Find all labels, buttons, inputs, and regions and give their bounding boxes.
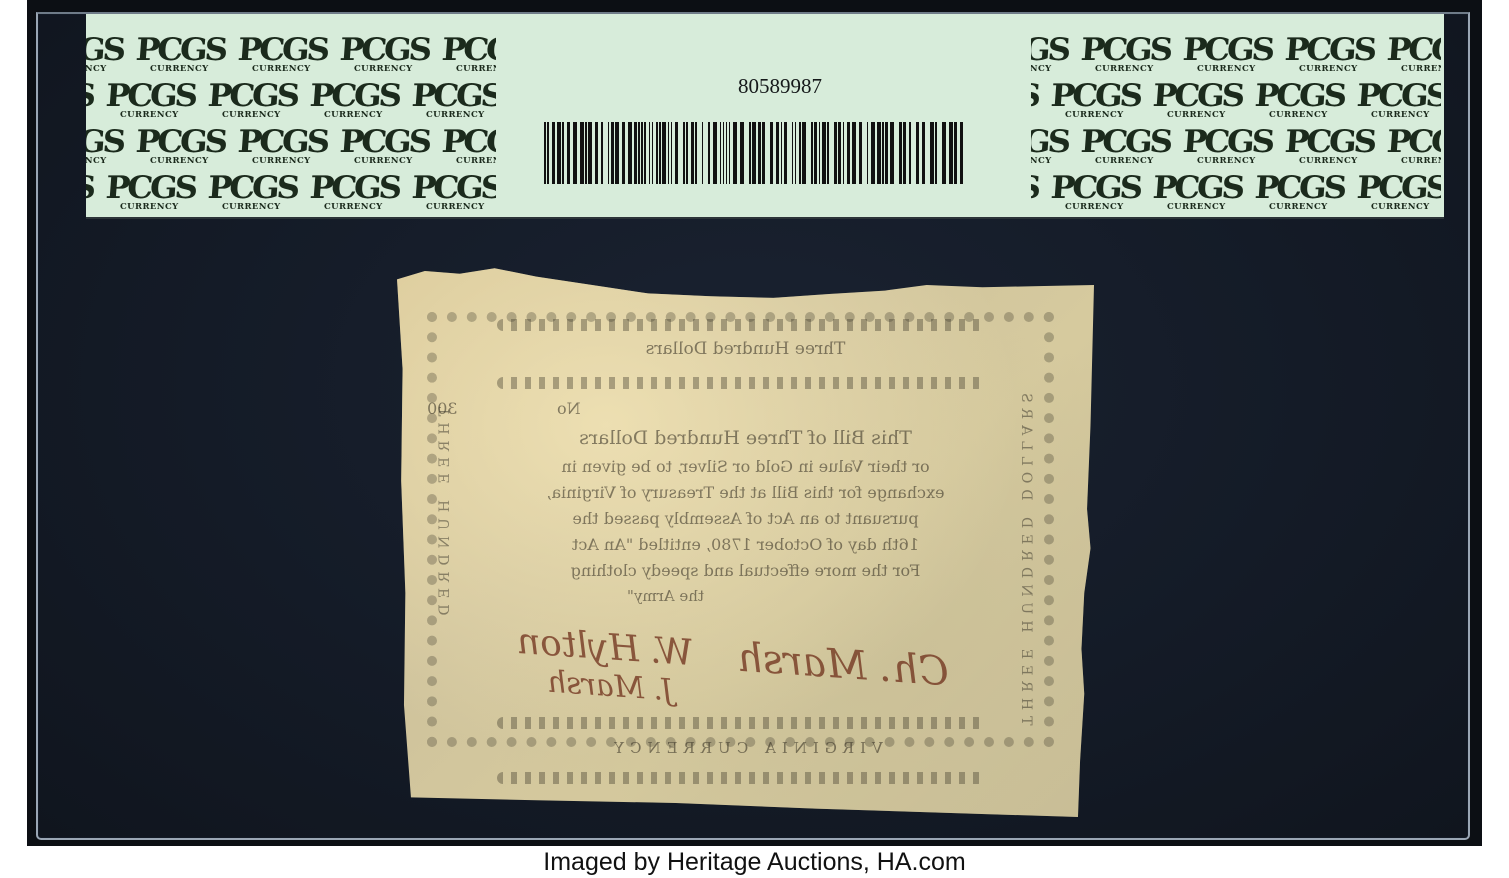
holder-frame: PCGSCURRENCYPCGSCURRENCYPCGSCURRENCYPCGS… — [27, 0, 1482, 846]
brand-logo-icon: PCGSCURRENCY — [414, 172, 496, 216]
note-side-text-right: THREE HUNDRED DOLLARS — [1018, 387, 1034, 725]
brand-logo-icon: PCGSCURRENCY — [1155, 172, 1255, 216]
ornament-band-lower — [497, 772, 984, 784]
brand-logo-icon: PCGSCURRENCY — [1053, 172, 1153, 216]
brand-pattern-left: PCGSCURRENCYPCGSCURRENCYPCGSCURRENCYPCGS… — [86, 14, 496, 217]
brand-logo-icon: PCGSCURRENCY — [138, 34, 238, 78]
brand-logo-icon: PCGSCURRENCY — [86, 172, 106, 216]
banknote: Three Hundred Dollars No 300 This Bill o… — [397, 257, 1094, 817]
note-bottom-text: VIRGINIA CURRENCY — [397, 739, 1094, 757]
brand-logo-icon: PCGSCURRENCY — [210, 172, 310, 216]
note-text-line-5: 16th day of October 1780, entitled "An A… — [397, 535, 1094, 554]
brand-logo-icon: PCGSCURRENCY — [1287, 126, 1387, 170]
note-text-line-4: pursuant to an Act of Assembly passed th… — [397, 509, 1094, 528]
note-side-text-left: THREE HUNDRED — [437, 407, 453, 621]
cert-number: 80589987 — [86, 74, 1444, 99]
ornament-band-bottom — [497, 717, 984, 729]
barcode — [544, 122, 968, 184]
brand-logo-icon: PCGSCURRENCY — [1031, 126, 1081, 170]
brand-logo-icon: PCGSCURRENCY — [1083, 126, 1183, 170]
note-title: Three Hundred Dollars — [397, 339, 1094, 359]
grading-label: PCGSCURRENCYPCGSCURRENCYPCGSCURRENCYPCGS… — [86, 14, 1444, 219]
brand-logo-icon: PCGSCURRENCY — [1359, 172, 1441, 216]
note-text-line-6: For the more effectual and speedy clothi… — [397, 561, 1094, 580]
note-number-label: No — [557, 399, 581, 418]
ornament-band — [497, 377, 984, 389]
brand-logo-icon: PCGSCURRENCY — [86, 34, 136, 78]
brand-logo-icon: PCGSCURRENCY — [1185, 126, 1285, 170]
brand-logo-icon: PCGSCURRENCY — [108, 172, 208, 216]
brand-logo-icon: PCGSCURRENCY — [312, 172, 412, 216]
note-text-line-2: or their Value in Gold or Silver, to be … — [397, 457, 1094, 476]
brand-logo-icon: PCGSCURRENCY — [1389, 126, 1441, 170]
brand-logo-icon: PCGSCURRENCY — [1031, 172, 1051, 216]
brand-logo-icon: PCGSCURRENCY — [1257, 172, 1357, 216]
brand-logo-icon: PCGSCURRENCY — [1083, 34, 1183, 78]
brand-logo-icon: PCGSCURRENCY — [240, 126, 340, 170]
brand-logo-icon: PCGSCURRENCY — [342, 34, 442, 78]
brand-logo-icon: PCGSCURRENCY — [1389, 34, 1441, 78]
brand-logo-icon: PCGSCURRENCY — [240, 34, 340, 78]
brand-logo-icon: PCGSCURRENCY — [86, 126, 136, 170]
note-text-line-1: This Bill of Three Hundred Dollars — [397, 427, 1094, 449]
brand-logo-icon: PCGSCURRENCY — [444, 34, 496, 78]
ornament-band-top — [497, 319, 984, 331]
brand-logo-icon: PCGSCURRENCY — [444, 126, 496, 170]
note-text-line-3: exchange for this Bill at the Treasury o… — [397, 483, 1094, 502]
note-text-line-7: the Army" — [237, 587, 1094, 605]
brand-logo-icon: PCGSCURRENCY — [138, 126, 238, 170]
currency-slab: PCGSCURRENCYPCGSCURRENCYPCGSCURRENCYPCGS… — [36, 12, 1470, 840]
brand-logo-icon: PCGSCURRENCY — [1287, 34, 1387, 78]
brand-logo-icon: PCGSCURRENCY — [1185, 34, 1285, 78]
image-credit-caption: Imaged by Heritage Auctions, HA.com — [0, 846, 1509, 878]
brand-logo-icon: PCGSCURRENCY — [342, 126, 442, 170]
brand-logo-icon: PCGSCURRENCY — [1031, 34, 1081, 78]
brand-pattern-right: PCGSCURRENCYPCGSCURRENCYPCGSCURRENCYPCGS… — [1031, 14, 1441, 217]
